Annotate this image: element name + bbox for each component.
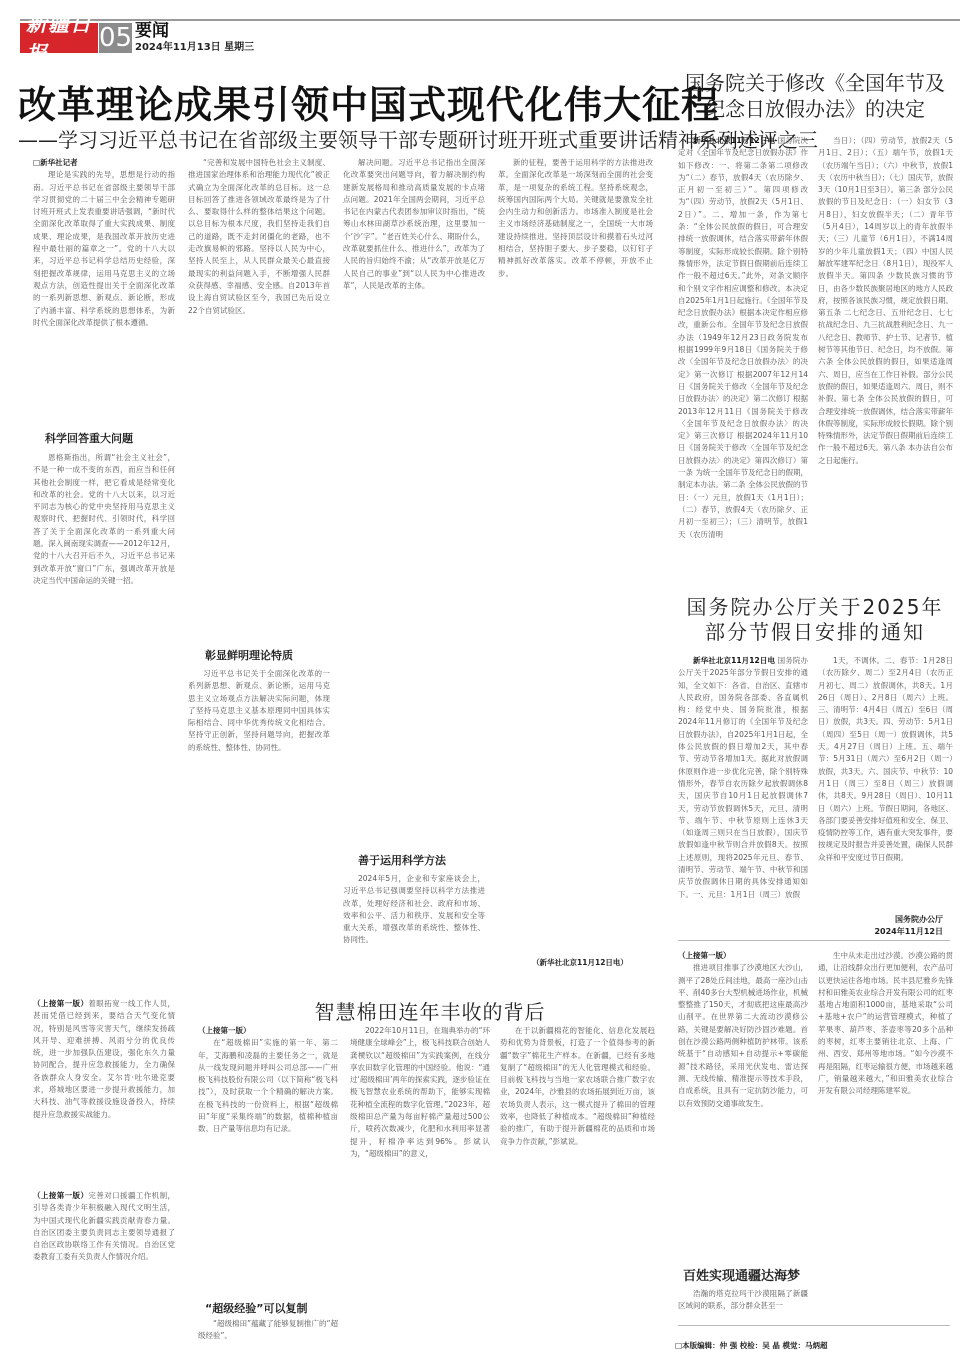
issue-date: 2024年11月13日 星期三 bbox=[135, 42, 254, 53]
divider bbox=[678, 940, 950, 941]
lead-headline: 改革理论成果引领中国式现代化伟大征程 bbox=[18, 74, 658, 129]
subhead-super-experience: “超级经验”可以复制 bbox=[205, 1300, 307, 1316]
lead-column-1: □新华社记者 理论是实践的先导，思想是行动的指南。习近平总书记在省部级主要领导干… bbox=[33, 157, 175, 425]
page-number: 05 bbox=[99, 23, 132, 53]
section-name: 要闻 bbox=[135, 23, 254, 40]
subhead-science: 科学回答重大问题 bbox=[45, 430, 133, 446]
cotton-column-3: 在于以新疆棉花的智能化、信息化发展趋势和优势为背景板，打造了一个值得参考的新疆“… bbox=[500, 1025, 655, 1355]
byline: □新华社记者 bbox=[33, 157, 175, 169]
road-column-1b: 浩瀚的塔克拉玛干沙漠阻隔了新疆区域间的联系，部分群众甚至一 bbox=[678, 1288, 808, 1318]
notice-signoff-org: 国务院办公厅 bbox=[818, 914, 943, 925]
lead-column-2: “完善和发展中国特色社会主义制度、推进国家治理体系和治理能力现代化”被正式确立为… bbox=[188, 157, 330, 635]
notice-headline-line2: 部分节假日安排的通知 bbox=[680, 620, 950, 645]
lead-column-3b: 2024年5月，企业和专家座谈会上，习近平总书记强调要坚持以科学方法推进改革，处… bbox=[343, 873, 485, 983]
road-column-2: 生中从未走出过沙漠。沙漠公路的贯通，让沿线群众出行更加便利，农产品可以更快运往各… bbox=[818, 950, 953, 1315]
notice-column-2: 1天，不调休。二、春节：1月28日（农历除夕、周二）至2月4日（农历正月初七、周… bbox=[818, 655, 953, 910]
masthead: 新疆日报 05 要闻 2024年11月13日 星期三 bbox=[20, 23, 254, 53]
continued-story-1: （上接第一版）着眼拓宽一线工作人员，甚而凭借已经到来，要结合天气变化情况，特别是… bbox=[33, 998, 175, 1178]
lead-column-3: 解决问题。习近平总书记指出全面深化改革要突出问题导向，着力解决制约构建新发展格局… bbox=[343, 157, 485, 837]
cotton-column-1b: “超级棉田”蕴藏了能够复制推广的“超级经验”。 bbox=[198, 1318, 338, 1354]
cotton-column-2: 2022年10月11日，在瑞典举办的“环境健康全球峰会”上，极飞科技联合创始人龚… bbox=[350, 1025, 490, 1355]
lead-column-2b: 习近平总书记关于全面深化改革的一系列新思想、新观点、新论断，运用马克思主义立场观… bbox=[188, 668, 330, 983]
decision-column-1: 新华社北京11月12日电 国务院决定对《全国年节及纪念日放假办法》作如下修改：一… bbox=[678, 135, 808, 595]
newspaper-logo: 新疆日报 bbox=[20, 23, 98, 53]
notice-headline-line1: 国务院办公厅关于2025年 bbox=[680, 595, 950, 620]
notice-column-1: 新华社北京11月12日电 国务院办公厅关于2025年部分节假日安排的通知，全文如… bbox=[678, 655, 808, 940]
subhead-method: 善于运用科学方法 bbox=[358, 852, 446, 868]
subhead-theory: 彰显鲜明理论特质 bbox=[205, 647, 293, 663]
lead-subheadline: ——学习习近平总书记在省部级主要领导干部专题研讨班开班式重要讲话精神系列述评之三 bbox=[18, 124, 658, 153]
lead-dateline: （新华社北京11月12日电） bbox=[490, 957, 670, 968]
page-credits: □本版编辑：仲 强 校检：吴 晶 模觉：马炳超 bbox=[675, 1340, 828, 1351]
lead-column-4: 新的征程，要善于运用科学的方法推进改革。全面深化改革是一场深刻而全面的社会变革，… bbox=[498, 157, 653, 952]
divider bbox=[678, 1325, 950, 1326]
decision-column-2: 当日）；（四）劳动节，放假2天（5月1日、2日）；（五）端午节，放假1天（农历端… bbox=[818, 135, 953, 575]
subhead-road-dream: 百姓实现通疆达海梦 bbox=[683, 1265, 800, 1284]
decision-headline: 国务院关于修改《全国年节及纪念日放假办法》的决定 bbox=[680, 70, 950, 122]
cotton-headline: 智慧棉田连年丰收的背后 bbox=[190, 996, 670, 1025]
continued-story-2: （上接第一版）完善对口援疆工作机制，引导各类青少年积极融入现代文明生活，为中国式… bbox=[33, 1190, 175, 1335]
cotton-column-1: （上接第一版） 在“超级棉田”实施的第一年、第二年，艾海鹏和凌磊的主要任务之一，… bbox=[198, 1025, 338, 1290]
road-column-1: （上接第一版） 推进项目推事了沙漠地区大沙山，测平了28处丘间洼地，最高一座沙山… bbox=[678, 950, 808, 1260]
lead-column-1b: 恩格斯指出，所谓“社会主义社会”，不是一种一成不变的东西，而应当和任何其他社会制… bbox=[33, 452, 175, 982]
notice-signoff-date: 2024年11月12日 bbox=[818, 926, 943, 937]
